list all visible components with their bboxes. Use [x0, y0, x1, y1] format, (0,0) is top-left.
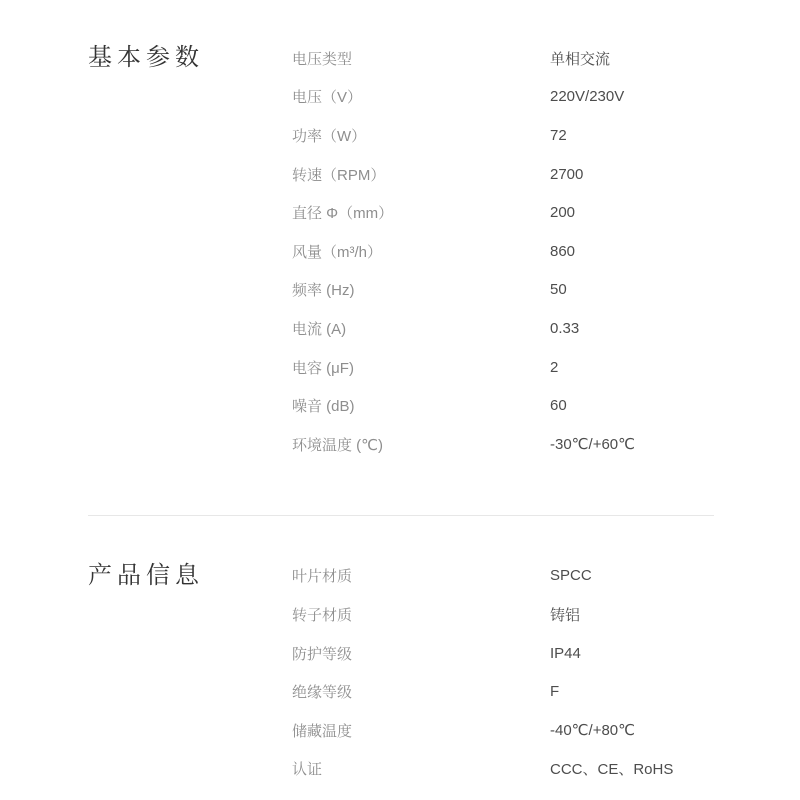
spec-row: 环境温度 (℃) -30℃/+60℃ [292, 425, 714, 464]
spec-label: 电压类型 [292, 48, 550, 69]
spec-value: 860 [550, 243, 714, 260]
spec-row: 转子材质 铸铝 [292, 595, 714, 634]
spec-value: 200 [550, 204, 714, 221]
spec-label: 环境温度 (℃) [292, 434, 550, 455]
spec-label: 转子材质 [292, 604, 550, 625]
spec-value: 2 [550, 359, 714, 376]
spec-label: 储藏温度 [292, 720, 550, 741]
spec-row: 电压（V） 220V/230V [292, 78, 714, 117]
spec-rows: 电压类型 单相交流 电压（V） 220V/230V 功率（W） 72 转速（RP… [292, 39, 714, 464]
spec-label: 功率（W） [292, 125, 550, 146]
spec-value: -30℃/+60℃ [550, 435, 714, 453]
spec-value: 220V/230V [550, 88, 714, 105]
spec-row: 功率（W） 72 [292, 116, 714, 155]
spec-value: SPCC [550, 567, 714, 584]
section-title: 产品信息 [88, 557, 292, 596]
section-title: 基本参数 [88, 39, 292, 78]
spec-rows: 叶片材质 SPCC 转子材质 铸铝 防护等级 IP44 绝缘等级 F 储藏温度 … [292, 557, 714, 789]
spec-value: 72 [550, 127, 714, 144]
spec-label: 频率 (Hz) [292, 279, 550, 300]
spec-row: 频率 (Hz) 50 [292, 271, 714, 310]
spec-value: 0.33 [550, 320, 714, 337]
spec-row: 防护等级 IP44 [292, 634, 714, 673]
spec-row: 直径 Φ（mm） 200 [292, 193, 714, 232]
spec-row: 电容 (μF) 2 [292, 348, 714, 387]
spec-label: 直径 Φ（mm） [292, 202, 550, 223]
spec-section: 基本参数 电压类型 单相交流 电压（V） 220V/230V 功率（W） 72 … [88, 39, 714, 464]
spec-row: 储藏温度 -40℃/+80℃ [292, 711, 714, 750]
spec-label: 转速（RPM） [292, 164, 550, 185]
spec-row: 叶片材质 SPCC [292, 557, 714, 596]
spec-value: 60 [550, 397, 714, 414]
spec-label: 绝缘等级 [292, 681, 550, 702]
spec-label: 风量（m³/h） [292, 241, 550, 262]
spec-label: 噪音 (dB) [292, 395, 550, 416]
spec-row: 电压类型 单相交流 [292, 39, 714, 78]
spec-label: 认证 [292, 758, 550, 779]
spec-value: 2700 [550, 166, 714, 183]
spec-label: 电流 (A) [292, 318, 550, 339]
product-spec-panel: 基本参数 电压类型 单相交流 电压（V） 220V/230V 功率（W） 72 … [0, 0, 800, 800]
spec-row: 噪音 (dB) 60 [292, 386, 714, 425]
spec-label: 电压（V） [292, 86, 550, 107]
spec-value: -40℃/+80℃ [550, 721, 714, 739]
spec-row: 认证 CCC、CE、RoHS [292, 750, 714, 789]
spec-section: 产品信息 叶片材质 SPCC 转子材质 铸铝 防护等级 IP44 绝缘等级 F … [88, 557, 714, 789]
spec-value: 50 [550, 281, 714, 298]
spec-value: 单相交流 [550, 48, 714, 69]
spec-value: 铸铝 [550, 604, 714, 625]
section-divider [88, 515, 714, 516]
spec-row: 绝缘等级 F [292, 672, 714, 711]
spec-value: CCC、CE、RoHS [550, 758, 714, 779]
spec-label: 叶片材质 [292, 565, 550, 586]
spec-row: 转速（RPM） 2700 [292, 155, 714, 194]
spec-value: F [550, 683, 714, 700]
spec-sections: 基本参数 电压类型 单相交流 电压（V） 220V/230V 功率（W） 72 … [88, 39, 714, 788]
spec-label: 防护等级 [292, 643, 550, 664]
spec-value: IP44 [550, 645, 714, 662]
spec-row: 电流 (A) 0.33 [292, 309, 714, 348]
spec-label: 电容 (μF) [292, 357, 550, 378]
spec-row: 风量（m³/h） 860 [292, 232, 714, 271]
